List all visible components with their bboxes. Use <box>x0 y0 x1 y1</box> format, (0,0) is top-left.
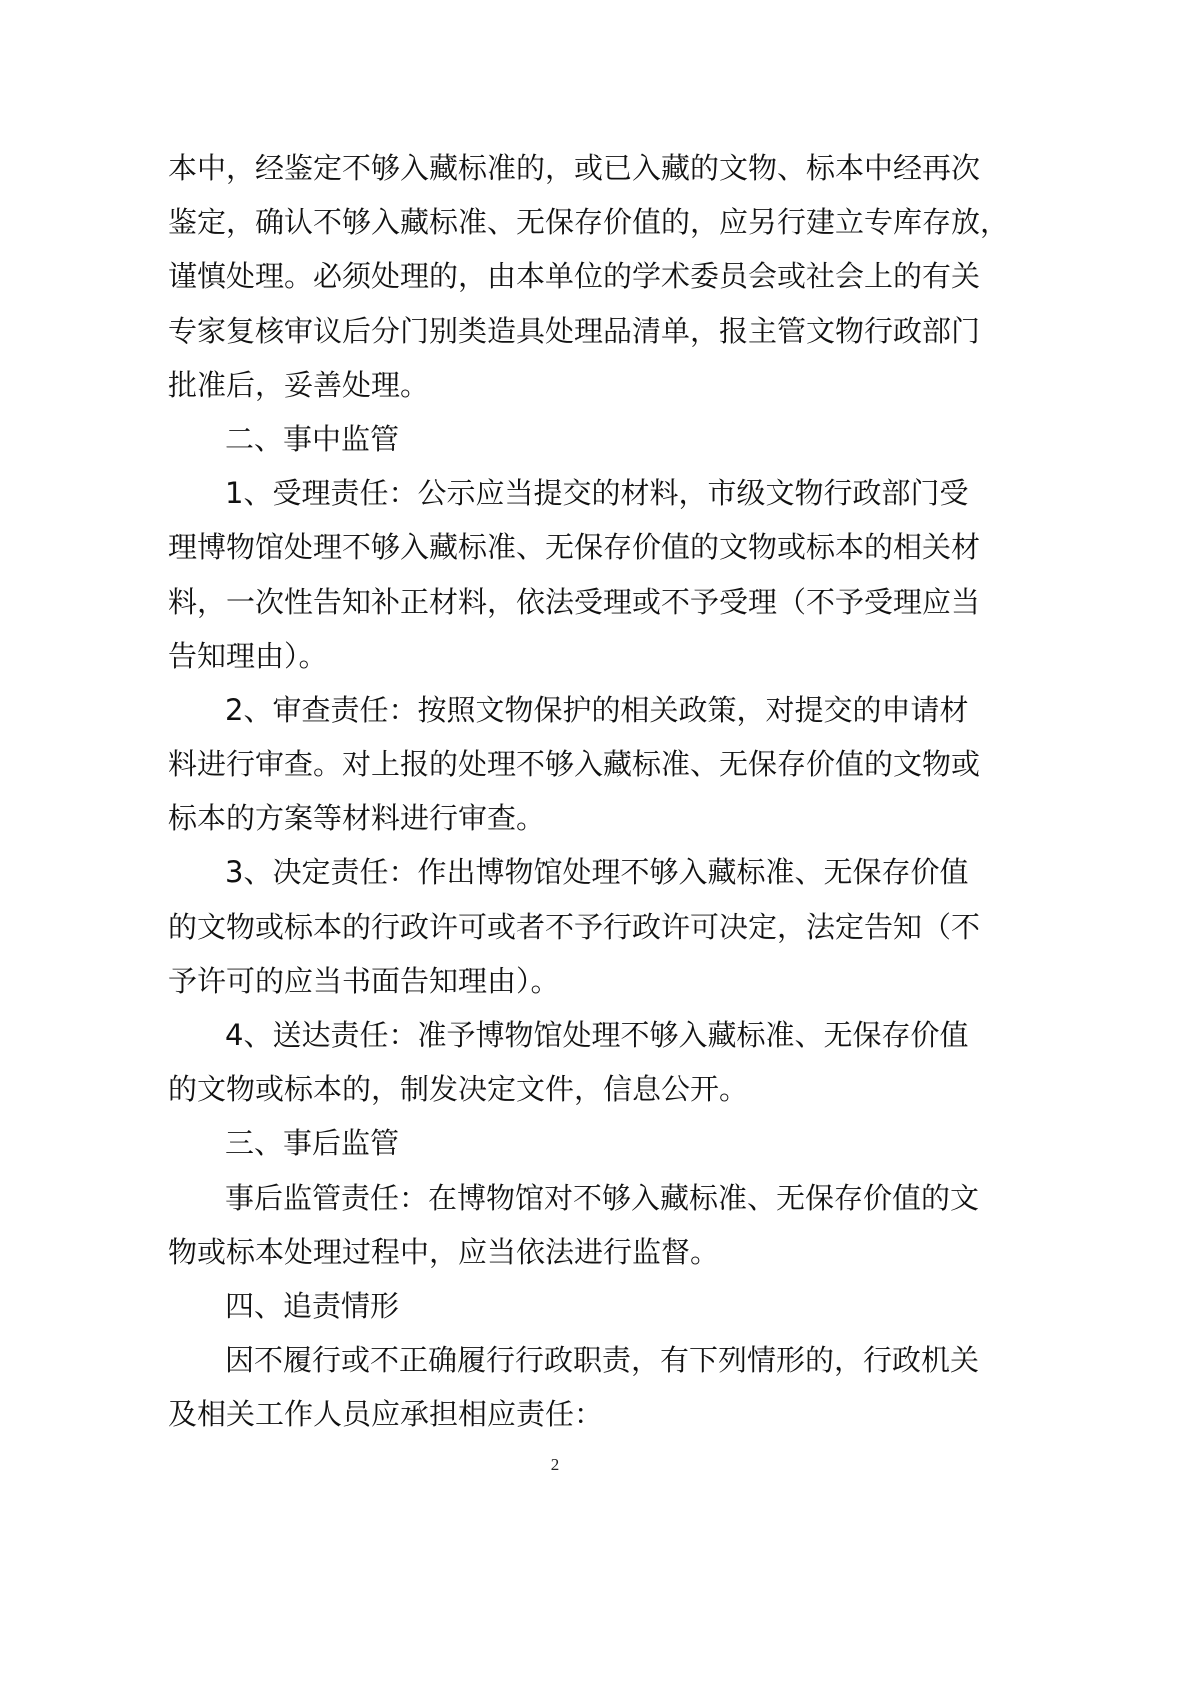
paragraph-line: 理博物馆处理不够入藏标准、无保存价值的文物或标本的相关材 <box>168 520 942 574</box>
paragraph-line: 因不履行或不正确履行行政职责，有下列情形的，行政机关 <box>168 1333 942 1387</box>
paragraph-line: 料，一次性告知补正材料，依法受理或不予受理（不予受理应当 <box>168 575 942 629</box>
paragraph-line: 事后监管责任：在博物馆对不够入藏标准、无保存价值的文 <box>168 1171 942 1225</box>
paragraph-line: 的文物或标本的，制发决定文件，信息公开。 <box>168 1062 942 1116</box>
paragraph-line: 的文物或标本的行政许可或者不予行政许可决定，法定告知（不 <box>168 900 942 954</box>
paragraph-line: 4、送达责任：准予博物馆处理不够入藏标准、无保存价值 <box>168 1008 942 1062</box>
paragraph-line: 批准后，妥善处理。 <box>168 358 942 412</box>
paragraph-line: 及相关工作人员应承担相应责任： <box>168 1387 942 1441</box>
paragraph-line: 物或标本处理过程中，应当依法进行监督。 <box>168 1225 942 1279</box>
paragraph-line: 告知理由）。 <box>168 629 942 683</box>
document-page: 本中，经鉴定不够入藏标准的，或已入藏的文物、标本中经再次 鉴定，确认不够入藏标准… <box>0 0 1190 1683</box>
paragraph-line: 谨慎处理。必须处理的，由本单位的学术委员会或社会上的有关 <box>168 249 942 303</box>
paragraph-line: 料进行审查。对上报的处理不够入藏标准、无保存价值的文物或 <box>168 737 942 791</box>
section-heading-post-supervision: 三、事后监管 <box>168 1116 942 1170</box>
paragraph-line: 本中，经鉴定不够入藏标准的，或已入藏的文物、标本中经再次 <box>168 141 942 195</box>
paragraph-line: 2、审查责任：按照文物保护的相关政策，对提交的申请材 <box>168 683 942 737</box>
paragraph-line: 予许可的应当书面告知理由）。 <box>168 954 942 1008</box>
paragraph-line: 专家复核审议后分门别类造具处理品清单，报主管文物行政部门 <box>168 304 942 358</box>
paragraph-line: 1、受理责任：公示应当提交的材料，市级文物行政部门受 <box>168 466 942 520</box>
section-heading-accountability: 四、追责情形 <box>168 1279 942 1333</box>
document-body: 本中，经鉴定不够入藏标准的，或已入藏的文物、标本中经再次 鉴定，确认不够入藏标准… <box>168 141 942 1442</box>
paragraph-line: 鉴定，确认不够入藏标准、无保存价值的，应另行建立专库存放， <box>168 195 942 249</box>
section-heading-during-supervision: 二、事中监管 <box>168 412 942 466</box>
paragraph-line: 3、决定责任：作出博物馆处理不够入藏标准、无保存价值 <box>168 845 942 899</box>
page-number: 2 <box>0 1455 1110 1475</box>
paragraph-line: 标本的方案等材料进行审查。 <box>168 791 942 845</box>
